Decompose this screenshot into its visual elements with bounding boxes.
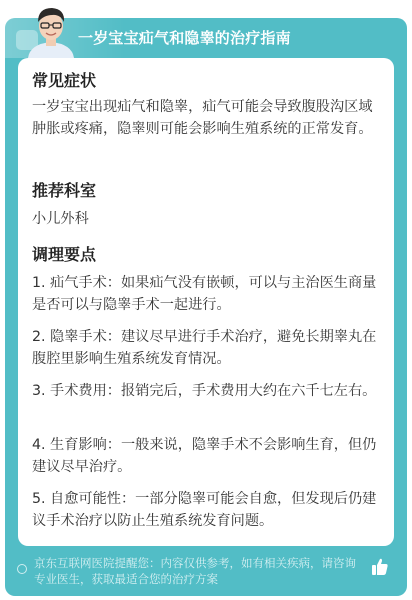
thumbs-up-icon[interactable]	[372, 558, 388, 575]
section-title-department: 推荐科室	[32, 178, 96, 201]
care-point-item: 1. 疝气手术：如果疝气没有嵌顿，可以与主治医生商量是否可以与隐睾手术一起进行。	[32, 272, 382, 316]
disclaimer-text: 京东互联网医院提醒您：内容仅供参考，如有相关疾病，请咨询专业医生，获取最适合您的…	[34, 555, 364, 587]
symptoms-text: 一岁宝宝出现疝气和隐睾，疝气可能会导致腹股沟区域肿胀或疼痛，隐睾则可能会影响生殖…	[32, 96, 382, 140]
section-title-symptoms: 常见症状	[32, 68, 96, 91]
page-title: 一岁宝宝疝气和隐睾的治疗指南	[78, 27, 291, 48]
doctor-avatar-icon	[22, 2, 80, 58]
content-card: 常见症状 一岁宝宝出现疝气和隐睾，疝气可能会导致腹股沟区域肿胀或疼痛，隐睾则可能…	[18, 58, 394, 546]
department-text: 小儿外科	[32, 208, 382, 230]
section-title-care-points: 调理要点	[32, 242, 96, 265]
info-icon	[17, 564, 27, 574]
care-point-item: 3. 手术费用：报销完后，手术费用大约在六千七左右。	[32, 380, 382, 402]
care-point-item: 2. 隐睾手术：建议尽早进行手术治疗，避免长期睾丸在腹腔里影响生殖系统发育情况。	[32, 326, 382, 370]
care-point-item: 5. 自愈可能性：一部分隐睾可能会自愈，但发现后仍建议手术治疗以防止生殖系统发育…	[32, 488, 382, 532]
care-point-item: 4. 生育影响：一般来说，隐睾手术不会影响生育，但仍建议尽早治疗。	[32, 434, 382, 478]
